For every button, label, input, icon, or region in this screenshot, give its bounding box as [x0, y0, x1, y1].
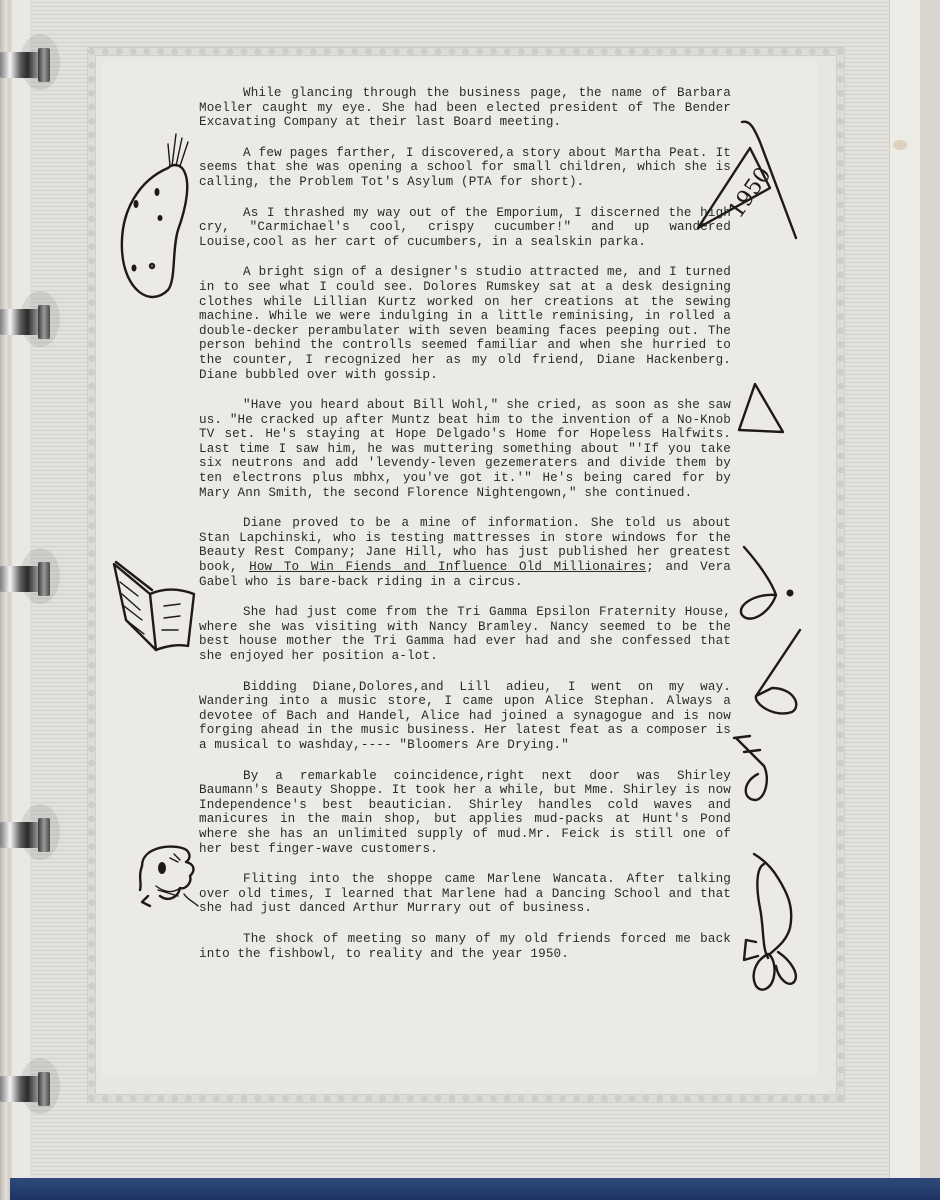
- music-note-icon: [752, 628, 822, 718]
- paragraph-p4: A bright sign of a designer's studio att…: [199, 265, 731, 382]
- bird-ribbon-icon: [742, 848, 812, 998]
- music-note-icon: [730, 730, 780, 810]
- paragraph-text: While glancing through the business page…: [199, 86, 731, 129]
- paragraph-text: Fliting into the shoppe came Marlene Wan…: [199, 872, 731, 915]
- paragraph-text: The shock of meeting so many of my old f…: [199, 932, 731, 961]
- binder-ring-4: [0, 818, 58, 852]
- paragraph-p2: A few pages farther, I discovered,a stor…: [199, 146, 731, 190]
- paragraph-p8: Bidding Diane,Dolores,and Lill adieu, I …: [199, 680, 731, 753]
- paragraph-text: A few pages farther, I discovered,a stor…: [199, 146, 731, 189]
- paragraph-text: As I thrashed my way out of the Emporium…: [199, 206, 731, 249]
- paragraph-text: She had just come from the Tri Gamma Eps…: [199, 605, 731, 663]
- binder-spine: [0, 0, 10, 1200]
- paragraph-p10: Fliting into the shoppe came Marlene Wan…: [199, 872, 731, 916]
- book-icon: [108, 558, 200, 654]
- pennant-label: 1950: [724, 163, 777, 223]
- binder-ring-3: [0, 562, 58, 596]
- music-note-icon: [740, 545, 810, 635]
- paragraph-text: Bidding Diane,Dolores,and Lill adieu, I …: [199, 680, 731, 752]
- book-title: How To Win Fiends and Influence Old Mill…: [249, 560, 646, 574]
- paragraph-p7: She had just come from the Tri Gamma Eps…: [199, 605, 731, 663]
- paragraph-text: "Have you heard about Bill Wohl," she cr…: [199, 398, 731, 500]
- paragraph-p6: Diane proved to be a mine of information…: [199, 516, 731, 589]
- triangle-icon: [735, 380, 795, 440]
- next-page-edge: [889, 0, 920, 1188]
- paper-stain: [893, 140, 907, 150]
- binder-ring-1: [0, 48, 58, 82]
- binder-cover-edge: [0, 1178, 940, 1200]
- binder-ring-2: [0, 305, 58, 339]
- typed-text: While glancing through the business page…: [199, 86, 731, 977]
- paragraph-p1: While glancing through the business page…: [199, 86, 731, 130]
- paragraph-p11: The shock of meeting so many of my old f…: [199, 932, 731, 961]
- potato-icon: [110, 130, 190, 310]
- paragraph-p9: By a remarkable coincidence,right next d…: [199, 769, 731, 857]
- binder-ring-5: [0, 1072, 58, 1106]
- paragraph-text: A bright sign of a designer's studio att…: [199, 265, 731, 381]
- pennant-icon: 1950: [690, 118, 800, 248]
- paragraph-p3: As I thrashed my way out of the Emporium…: [199, 206, 731, 250]
- paragraph-p5: "Have you heard about Bill Wohl," she cr…: [199, 398, 731, 500]
- paragraph-text: By a remarkable coincidence,right next d…: [199, 769, 731, 856]
- head-profile-icon: [128, 840, 208, 920]
